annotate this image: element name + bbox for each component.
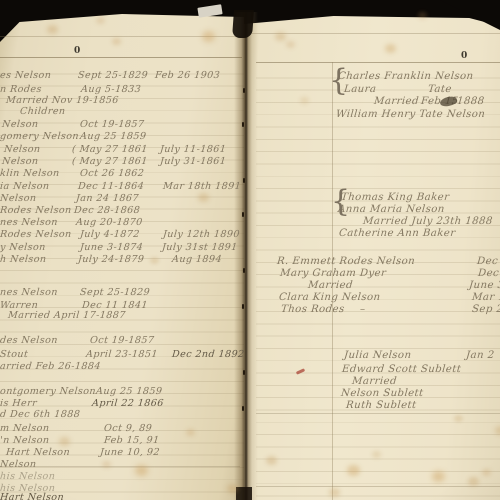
entry-text: – <box>360 304 366 315</box>
entry-text: Hart Nelson <box>6 447 71 458</box>
entry-text: m Nelson <box>0 423 50 434</box>
entry-text: Jan 2 <box>466 350 495 361</box>
entry-text: Edward Scott Sublett <box>342 364 462 375</box>
entry-text: Aug 25 1859 <box>80 131 147 142</box>
entry-text: July 31-1861 <box>160 156 227 167</box>
entry-text: Feb 15, 91 <box>104 435 160 446</box>
entry-text: Nelson Sublett <box>341 388 424 399</box>
register-row: Ruth Sublett <box>0 400 500 414</box>
register-row: Catherine Ann Baker <box>0 228 500 242</box>
brace-mark: { <box>329 66 348 96</box>
entry-text: Mary Graham Dyer <box>280 268 387 279</box>
entry-text: June 10, 92 <box>100 447 161 458</box>
entry-text: klin Nelson <box>0 168 60 179</box>
register-row: MarriedFeb 151888 <box>0 96 500 110</box>
entry-text: Laura <box>344 84 377 95</box>
entry-text: Dec 2 <box>478 268 500 279</box>
entry-text: Mar 18th 1891 <box>163 181 242 192</box>
entry-text: 'n Nelson <box>0 435 50 446</box>
entry-text: Oct 26 1862 <box>80 168 145 179</box>
entry-text: Thos Rodes <box>281 304 346 315</box>
entry-text: Married <box>308 280 354 291</box>
entry-text: Married July 23th 1888 <box>363 216 494 227</box>
register-row: klin NelsonOct 26 1862 <box>0 168 500 182</box>
entry-text: des Nelson <box>0 335 58 346</box>
entry-text: June 3-1874 <box>80 242 144 253</box>
entry-text: William Henry Tate Nelson <box>336 109 486 120</box>
entry-text: Sep 2 <box>472 304 500 315</box>
entry-text: July 31st 1891 <box>162 242 239 253</box>
handwritten-entries: es NelsonSept 25-1829Feb 26 1903n RodesA… <box>0 0 500 500</box>
entry-text: Ruth Sublett <box>346 400 417 411</box>
entry-text: Nelson <box>0 459 37 470</box>
entry-text: Hart Nelson <box>0 492 64 500</box>
entry-text: ( May 27 1861 <box>72 156 149 167</box>
entry-text: Dec 11-1864 <box>78 181 145 192</box>
entry-text: Clara King Nelson <box>279 292 381 303</box>
entry-text: Thomas King Baker <box>341 192 450 203</box>
entry-text: Mar 1 <box>472 292 500 303</box>
entry-text: his Nelson <box>0 471 56 482</box>
entry-text: ( May 27 1861 <box>72 144 149 155</box>
entry-text: Nelson <box>2 156 39 167</box>
entry-text: y Nelson <box>0 242 46 253</box>
entry-text: ia Nelson <box>0 181 50 192</box>
entry-text: July 11-1861 <box>160 144 227 155</box>
register-row: des NelsonOct 19-1857 <box>0 335 500 349</box>
entry-text: R. Emmett Rodes Nelson <box>277 256 416 267</box>
register-row: Hart Nelson <box>0 492 500 500</box>
brace-mark: { <box>331 187 350 217</box>
entry-text: Charles Franklin Nelson <box>338 71 474 82</box>
register-row: Charles Franklin Nelson <box>0 71 500 85</box>
entry-text: Tate <box>428 84 453 95</box>
photo-of-register-book: 0 0 es NelsonSept 25-1829Feb 26 1903n Ro… <box>0 0 500 500</box>
entry-text: Oct 9, 89 <box>104 423 153 434</box>
entry-text: 1888 <box>457 96 485 107</box>
entry-text: Anna Maria Nelson <box>338 204 446 215</box>
entry-text: Married <box>374 96 420 107</box>
entry-text: Married <box>352 376 398 387</box>
entry-text: Julia Nelson <box>344 350 412 361</box>
register-row: gomery NelsonAug 25 1859 <box>0 131 500 145</box>
register-row: Thos Rodes–Sep 2 <box>0 304 500 318</box>
register-row: William Henry Tate Nelson <box>0 109 500 123</box>
entry-text: gomery Nelson <box>0 131 79 142</box>
entry-text: Nelson <box>4 144 41 155</box>
entry-text: Dec 2 <box>477 256 500 267</box>
entry-text: June 3 <box>469 280 500 291</box>
register-row: Julia NelsonJan 2 <box>0 350 500 364</box>
entry-text: Catherine Ann Baker <box>339 228 456 239</box>
entry-text: Oct 19-1857 <box>90 335 155 346</box>
